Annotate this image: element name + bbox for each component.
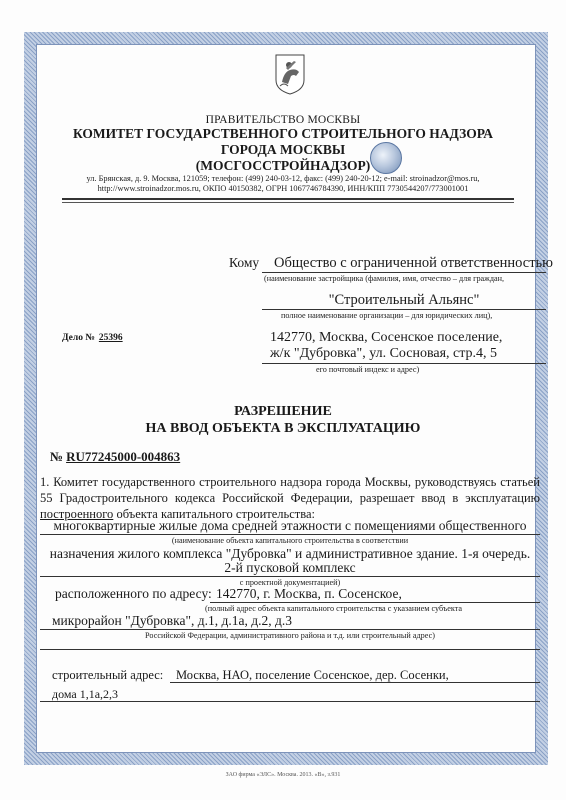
- build-address-line-1: Москва, НАО, поселение Сосенское, дер. С…: [170, 667, 540, 683]
- location-line-1: 142770, г. Москва, п. Сосенское,: [210, 586, 540, 603]
- object-line-1: многоквартирные жилые дома средней этажн…: [40, 519, 540, 535]
- case-number-value: 25396: [99, 333, 123, 343]
- permit-number-value: RU77245000-004863: [66, 449, 180, 464]
- location-value-1: 142770, г. Москва, п. Сосенское,: [216, 586, 402, 602]
- moscow-coat-of-arms-icon: [274, 52, 306, 96]
- contacts-line-2: http://www.stroinadzor.mos.ru, ОКПО 4015…: [0, 184, 566, 194]
- addressee-address-line: ж/к "Дубровка", ул. Сосновая, стр.4, 5: [262, 346, 546, 364]
- object-line-3: 2-й пусковой комплекс: [40, 561, 540, 577]
- addressee-hint-2: полное наименование организации – для юр…: [281, 311, 492, 320]
- build-address-value-1: Москва, НАО, поселение Сосенское, дер. С…: [176, 668, 449, 683]
- permit-paragraph: 1. Комитет государственного строительног…: [40, 474, 540, 522]
- permit-no-label: №: [50, 449, 63, 464]
- case-label: Дело №: [62, 333, 95, 343]
- committee-line: КОМИТЕТ ГОСУДАРСТВЕННОГО СТРОИТЕЛЬНОГО Н…: [0, 126, 566, 142]
- location-hint-2: Российской Федерации, административного …: [40, 631, 540, 640]
- build-address-line-2: дома 1,1а,2,3: [40, 686, 540, 702]
- contacts-line-1: ул. Брянская, д. 9. Москва, 121059; теле…: [0, 174, 566, 184]
- header-divider: [62, 198, 514, 200]
- addressee-hint-1: (наименование застройщика (фамилия, имя,…: [264, 274, 504, 283]
- printer-imprint: ЗАО фирма «ЭЛС». Москва. 2013. «В», з.93…: [0, 772, 566, 778]
- location-value-2: микрорайон "Дубровка", д.1, д.1а, д.2, д…: [52, 613, 292, 629]
- document-title: РАЗРЕШЕНИЕ: [0, 404, 566, 420]
- mosgosstroynadzor-seal-icon: [370, 142, 402, 174]
- location-hint-1: (полный адрес объекта капитального строи…: [205, 604, 462, 613]
- addressee-name-1: Общество с ограниченной ответственностью: [274, 255, 553, 272]
- header-divider-thin: [62, 202, 514, 203]
- contacts: ул. Брянская, д. 9. Москва, 121059; теле…: [0, 174, 566, 194]
- location-line-2: микрорайон "Дубровка", д.1, д.1а, д.2, д…: [40, 613, 540, 630]
- addressee-address-2: ж/к "Дубровка", ул. Сосновая, стр.4, 5: [270, 346, 497, 362]
- addressee-name-2: "Строительный Альянс": [262, 292, 546, 309]
- committee-name: КОМИТЕТ ГОСУДАРСТВЕННОГО СТРОИТЕЛЬНОГО Н…: [0, 126, 566, 174]
- paragraph-text: 1. Комитет государственного строительног…: [40, 475, 540, 505]
- build-address-value-2: дома 1,1а,2,3: [52, 687, 118, 702]
- committee-line: ГОРОДА МОСКВЫ: [0, 142, 566, 158]
- permit-number: №RU77245000-004863: [50, 449, 180, 465]
- addressee-address-1: 142770, Москва, Сосенское поселение,: [270, 330, 502, 346]
- to-label: Кому: [229, 255, 259, 271]
- object-name-1: многоквартирные жилые дома средней этажн…: [40, 518, 540, 534]
- addressee-name-line-2: "Строительный Альянс": [262, 292, 546, 310]
- addressee-hint-3: его почтовый индекс и адрес): [316, 365, 419, 374]
- object-name-3: 2-й пусковой комплекс: [40, 560, 540, 576]
- build-address-label: строительный адрес:: [52, 668, 163, 683]
- separator-line: [40, 649, 540, 650]
- case-number: Дело №25396: [62, 333, 123, 343]
- document-subtitle: НА ВВОД ОБЪЕКТА В ЭКСПЛУАТАЦИЮ: [0, 421, 566, 437]
- object-hint-1: (наименование объекта капитального строи…: [40, 536, 540, 545]
- government-name: ПРАВИТЕЛЬСТВО МОСКВЫ: [0, 114, 566, 126]
- committee-line: (МОСГОССТРОЙНАДЗОР): [0, 158, 566, 174]
- location-label: расположенного по адресу:: [55, 586, 212, 602]
- addressee-name-line-1: Общество с ограниченной ответственностью: [262, 256, 546, 273]
